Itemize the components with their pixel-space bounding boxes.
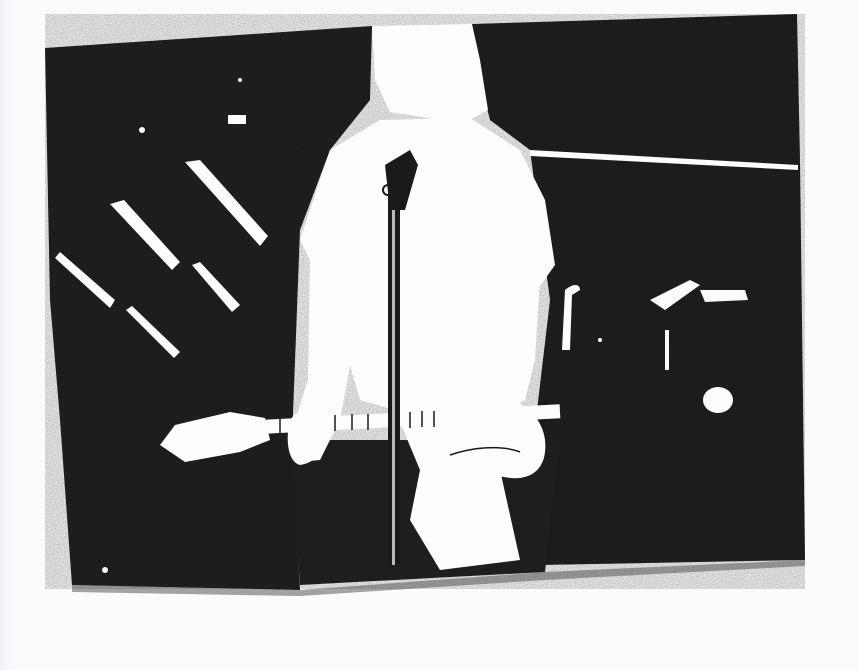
concert-photo [0, 0, 858, 670]
